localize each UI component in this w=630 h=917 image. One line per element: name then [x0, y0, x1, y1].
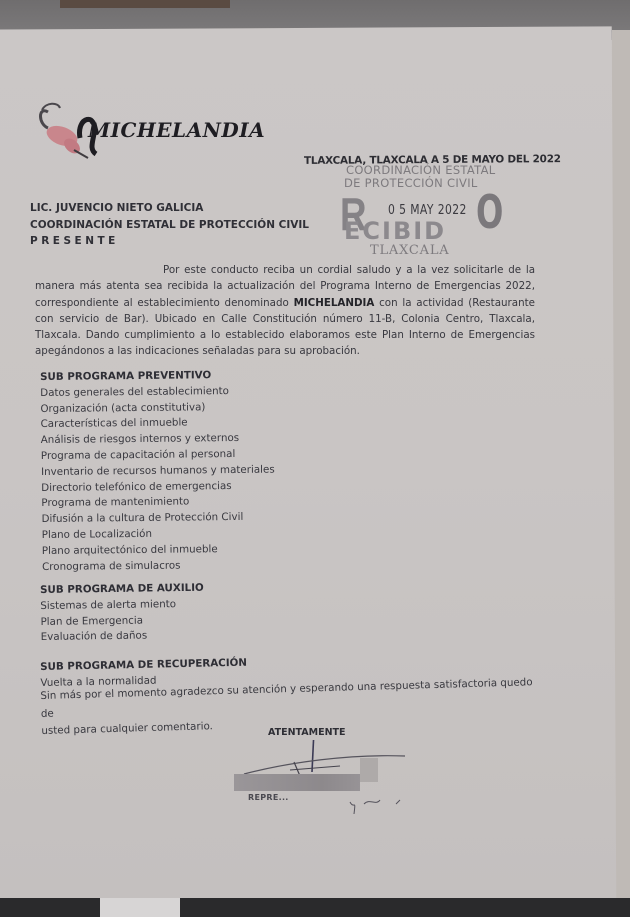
section-preventivo: SUB PROGRAMA PREVENTIVO Datos generales … — [40, 368, 276, 576]
list-item: Evaluación de daños — [41, 628, 205, 646]
stamp-word: ECIBID — [344, 219, 446, 243]
section-auxilio: SUB PROGRAMA DE AUXILIO Sistemas de aler… — [40, 581, 205, 646]
redaction-shadow — [360, 758, 378, 782]
stamp-date: 0 5 MAY 2022 — [388, 202, 467, 218]
body-paragraph: Por este conducto reciba un cordial salu… — [35, 262, 535, 360]
stamp-city: TLAXCALA — [370, 243, 449, 258]
stamp-letter-o: O — [476, 189, 503, 235]
section-items: Sistemas de alerta mientoPlan de Emergen… — [40, 597, 204, 647]
list-item: Difusión a la cultura de Protección Civi… — [41, 510, 275, 528]
section-items: Datos generales del establecimientoOrgan… — [40, 383, 276, 575]
section-heading: SUB PROGRAMA DE AUXILIO — [40, 581, 204, 599]
addressee-org: COORDINACIÓN ESTATAL DE PROTECCIÓN CIVIL — [30, 217, 309, 234]
business-name: MICHELANDIA — [294, 297, 375, 309]
list-item: Cronograma de simulacros — [42, 557, 276, 575]
atentamente-label: ATENTAMENTE — [268, 727, 346, 738]
redacted-name-block — [234, 774, 360, 791]
addressee-name: LIC. JUVENCIO NIETO GALICIA — [30, 200, 309, 217]
received-stamp: COORDINACIÓN ESTATAL DE PROTECCIÓN CIVIL… — [330, 163, 500, 263]
letter-content: MICHELANDIA TLAXCALA, TLAXCALA A 5 DE MA… — [0, 0, 630, 917]
logo-wordmark: MICHELANDIA — [88, 118, 265, 142]
representative-label: REPRE... — [248, 793, 289, 802]
addressee-presente: PRESENTE — [30, 233, 309, 250]
list-item: Inventario de recursos humanos y materia… — [41, 462, 275, 480]
stamp-org-line1: COORDINACIÓN ESTATAL — [346, 163, 495, 177]
addressee-block: LIC. JUVENCIO NIETO GALICIA COORDINACIÓN… — [30, 200, 309, 250]
letterhead-logo: MICHELANDIA — [36, 98, 246, 162]
